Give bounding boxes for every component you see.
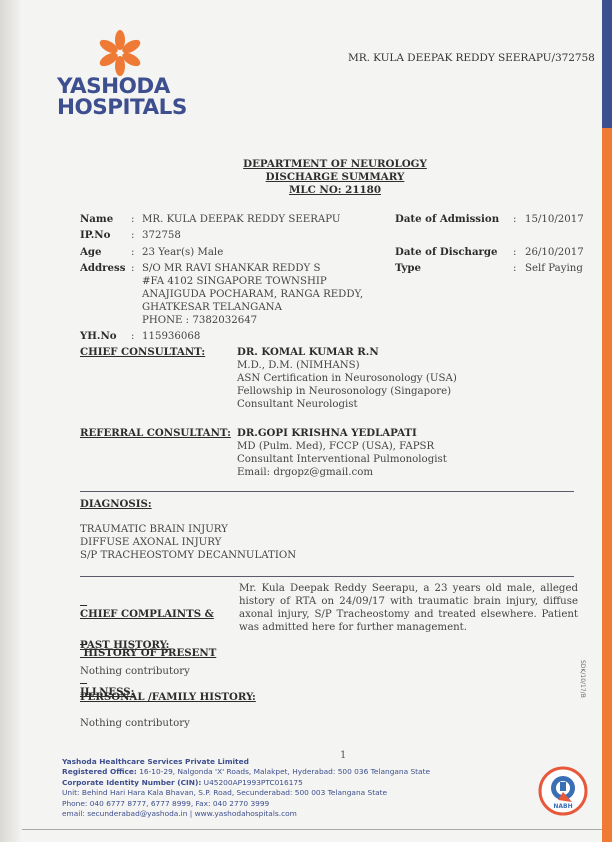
footer-divider [22, 829, 602, 830]
diagnosis-item: DIFFUSE AXONAL INJURY [80, 536, 296, 549]
personal-family-history-text: Nothing contributory [80, 717, 190, 730]
field-value: 26/10/2017 [525, 246, 584, 259]
chief-consultant-details: DR. KOMAL KUMAR R.N M.D., D.M. (NIMHANS)… [237, 346, 457, 411]
field-address: Address : S/O MR RAVI SHANKAR REDDY S #F… [80, 262, 380, 332]
side-form-code: SDK/10/17/B [579, 660, 586, 698]
field-label: Age [80, 246, 102, 259]
credential-email[interactable]: Email: drgopz@gmail.com [237, 466, 447, 479]
field-name: Name : MR. KULA DEEPAK REDDY SEERAPU [80, 213, 380, 226]
field-ip-no: IP.No : 372758 [80, 229, 380, 242]
address-line: #FA 4102 SINGAPORE TOWNSHIP [142, 275, 363, 288]
field-value: 115936068 [142, 330, 200, 343]
field-value: Self Paying [525, 262, 583, 275]
logo-text-hospitals: HOSPITALS [57, 97, 187, 119]
footer-cin: Corporate Identity Number (CIN): U45200A… [62, 778, 430, 788]
field-value: 15/10/2017 [525, 213, 584, 226]
footer: Yashoda Healthcare Services Private Limi… [62, 757, 430, 819]
diagnosis-item: S/P TRACHEOSTOMY DECANNULATION [80, 549, 296, 562]
address-line: ANAJIGUDA POCHARAM, RANGA REDDY, [142, 288, 363, 301]
referral-consultant-details: DR.GOPI KRISHNA YEDLAPATI MD (Pulm. Med)… [237, 427, 447, 479]
document-title: DISCHARGE SUMMARY [200, 171, 470, 184]
field-label: Address [80, 262, 125, 275]
field-label: Date of Discharge [395, 246, 498, 259]
divider [80, 491, 574, 492]
credential-line: Fellowship in Neurosonology (Singapore) [237, 385, 457, 398]
field-label: Name [80, 213, 113, 226]
past-history-label: PAST HISTORY: [80, 639, 169, 652]
footer-registered-office: Registered Office: 16-10-29, Nalgonda 'X… [62, 767, 430, 777]
footer-phone: Phone: 040 6777 8777, 6777 8999, Fax: 04… [62, 799, 430, 809]
chief-consultant-label: CHIEF CONSULTANT: [80, 346, 205, 359]
field-date-of-discharge: Date of Discharge : 26/10/2017 [395, 246, 605, 259]
footer-email-web[interactable]: email: secunderabad@yashoda.in | www.yas… [62, 809, 430, 819]
referral-consultant-label: REFERRAL CONSULTANT: [80, 427, 231, 440]
document-titles: DEPARTMENT OF NEUROLOGY DISCHARGE SUMMAR… [200, 158, 470, 197]
divider [80, 576, 574, 577]
past-history-text: Nothing contributory [80, 665, 190, 678]
field-age: Age : 23 Year(s) Male [80, 246, 380, 259]
page-edge [0, 0, 22, 842]
field-value: MR. KULA DEEPAK REDDY SEERAPU [142, 213, 341, 226]
flower-icon [95, 30, 145, 76]
field-yh-no: YH.No : 115936068 [80, 330, 380, 343]
credential-line: Consultant Interventional Pulmonologist [237, 453, 447, 466]
mlc-number: MLC NO: 21180 [200, 184, 470, 197]
address-line: S/O MR RAVI SHANKAR REDDY S [142, 262, 363, 275]
nabh-seal-icon: NABH [538, 766, 588, 816]
diagnosis-item: TRAUMATIC BRAIN INJURY [80, 523, 296, 536]
svg-text:NABH: NABH [553, 803, 572, 810]
field-label: YH.No [80, 330, 117, 343]
chief-complaints-text: Mr. Kula Deepak Reddy Seerapu, a 23 year… [239, 582, 578, 634]
credential-line: Consultant Neurologist [237, 398, 457, 411]
address-line: PHONE : 7382032647 [142, 314, 363, 327]
field-label: IP.No [80, 229, 110, 242]
patient-reference-header: MR. KULA DEEPAK REDDY SEERAPU/372758 [348, 52, 595, 64]
field-type: Type : Self Paying [395, 262, 605, 275]
footer-company: Yashoda Healthcare Services Private Limi… [62, 757, 430, 767]
diagnosis-list: TRAUMATIC BRAIN INJURY DIFFUSE AXONAL IN… [80, 523, 296, 562]
referral-consultant-name: DR.GOPI KRISHNA YEDLAPATI [237, 427, 447, 440]
field-value: 372758 [142, 229, 181, 242]
brand-stripe-blue [602, 0, 612, 128]
department-title: DEPARTMENT OF NEUROLOGY [200, 158, 470, 171]
chief-consultant-name: DR. KOMAL KUMAR R.N [237, 346, 457, 359]
credential-line: ASN Certification in Neurosonology (USA) [237, 372, 457, 385]
field-date-of-admission: Date of Admission : 15/10/2017 [395, 213, 605, 226]
field-value: 23 Year(s) Male [142, 246, 223, 259]
diagnosis-label: DIAGNOSIS: [80, 498, 152, 511]
footer-unit: Unit: Behind Hari Hara Kala Bhavan, S.P.… [62, 788, 430, 798]
field-label: Type [395, 262, 421, 275]
credential-line: MD (Pulm. Med), FCCP (USA), FAPSR [237, 440, 447, 453]
field-label: Date of Admission [395, 213, 499, 226]
personal-family-history-label: PERSONAL /FAMILY HISTORY: [80, 691, 256, 704]
brand-stripe-orange [602, 128, 612, 842]
credential-line: M.D., D.M. (NIMHANS) [237, 359, 457, 372]
address-line: GHATKESAR TELANGANA [142, 301, 363, 314]
